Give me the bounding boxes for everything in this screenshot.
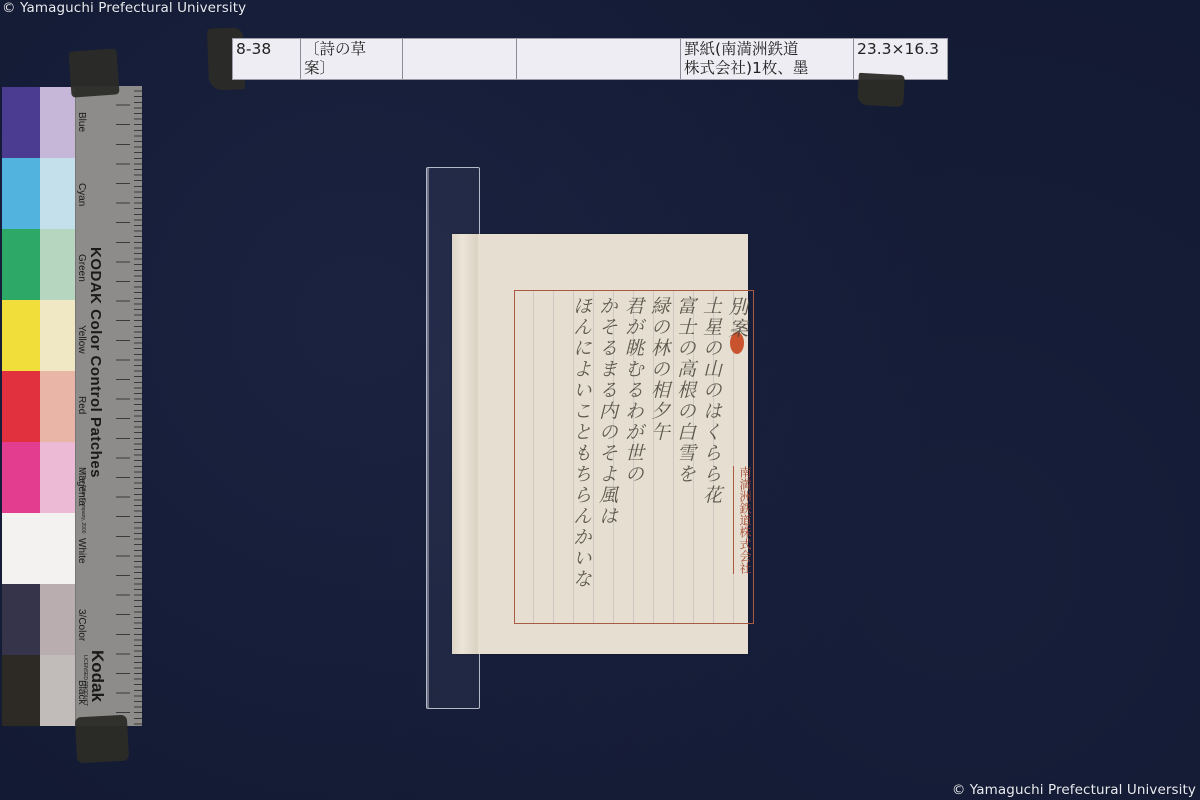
patch-label: Magenta (76, 467, 87, 506)
color-patch (40, 229, 78, 300)
catalog-material: 罫紙(南満洲鉄道 株式会社)1枚、墨 (681, 39, 854, 79)
color-patch-row (2, 300, 77, 371)
color-patch-row (2, 87, 77, 158)
tape-strip (68, 48, 119, 97)
patch-label: White (76, 538, 87, 564)
manuscript-sheet: 南満洲鉄道株式会社 別案 土星の山のはくらら花 富士の高根の白雪を 緑の林の相夕… (452, 234, 748, 654)
ruler-scale (116, 86, 142, 726)
poem-line: 緑の林の相夕午 (648, 296, 670, 443)
patch-label: 3/Color (76, 609, 87, 641)
color-patch-row (2, 655, 77, 726)
color-patch (40, 371, 78, 442)
color-patch (40, 300, 78, 371)
color-patch (40, 655, 78, 726)
poem-line: 富士の高根の白雪を (674, 296, 696, 485)
poem-heading: 別案 (725, 296, 749, 340)
poem-line: かそるまる内のそよ風は (596, 296, 618, 527)
color-patch-row (2, 442, 77, 513)
catalog-title: 〔詩の草 案〕 (301, 39, 403, 79)
patch-label: Cyan (76, 183, 87, 206)
color-patch (2, 371, 40, 442)
color-patch (40, 584, 78, 655)
color-patch (2, 584, 40, 655)
poem-line: 君が眺むるわが世の (622, 296, 644, 485)
catalog-label: 8-38 〔詩の草 案〕 罫紙(南満洲鉄道 株式会社)1枚、墨 23.3×16.… (232, 38, 948, 80)
catalog-blank-cell (403, 39, 517, 79)
color-patch (40, 87, 78, 158)
paper-fold (452, 234, 478, 654)
color-patch (2, 442, 40, 513)
color-patch (2, 300, 40, 371)
color-control-patches (2, 87, 77, 727)
catalog-blank-cell (517, 39, 681, 79)
color-patch-row (2, 229, 77, 300)
color-patch-row (2, 513, 77, 584)
color-patch (2, 87, 40, 158)
copyright-watermark-bottom: © Yamaguchi Prefectural University (952, 782, 1196, 798)
patch-label: Yellow (76, 325, 87, 354)
copyright-watermark-top: © Yamaguchi Prefectural University (2, 0, 246, 16)
tape-strip (857, 73, 905, 107)
color-patch-row (2, 158, 77, 229)
poem-line: 土星の山のはくらら花 (700, 296, 722, 506)
color-patch (2, 229, 40, 300)
color-patch (2, 158, 40, 229)
color-patch (40, 158, 78, 229)
color-patch (2, 655, 40, 726)
kodak-logo: Kodak (87, 650, 107, 702)
patch-label: Black (76, 680, 87, 704)
patch-label: Green (76, 254, 87, 282)
catalog-id: 8-38 (233, 39, 301, 79)
color-patch (40, 442, 78, 513)
patch-label: Blue (76, 112, 87, 132)
color-patch-row (2, 584, 77, 655)
tape-strip (75, 715, 129, 764)
color-chart-title: KODAK Color Control Patches (87, 247, 104, 478)
color-patch (40, 513, 78, 584)
patch-label: Red (76, 396, 87, 414)
poem-line: ほんによいこともちらんかいな (570, 296, 592, 590)
color-patch-row (2, 371, 77, 442)
handwritten-poem: 別案 土星の山のはくらら花 富士の高根の白雪を 緑の林の相夕午 君が眺むるわが世… (518, 296, 750, 616)
color-patch (2, 513, 40, 584)
